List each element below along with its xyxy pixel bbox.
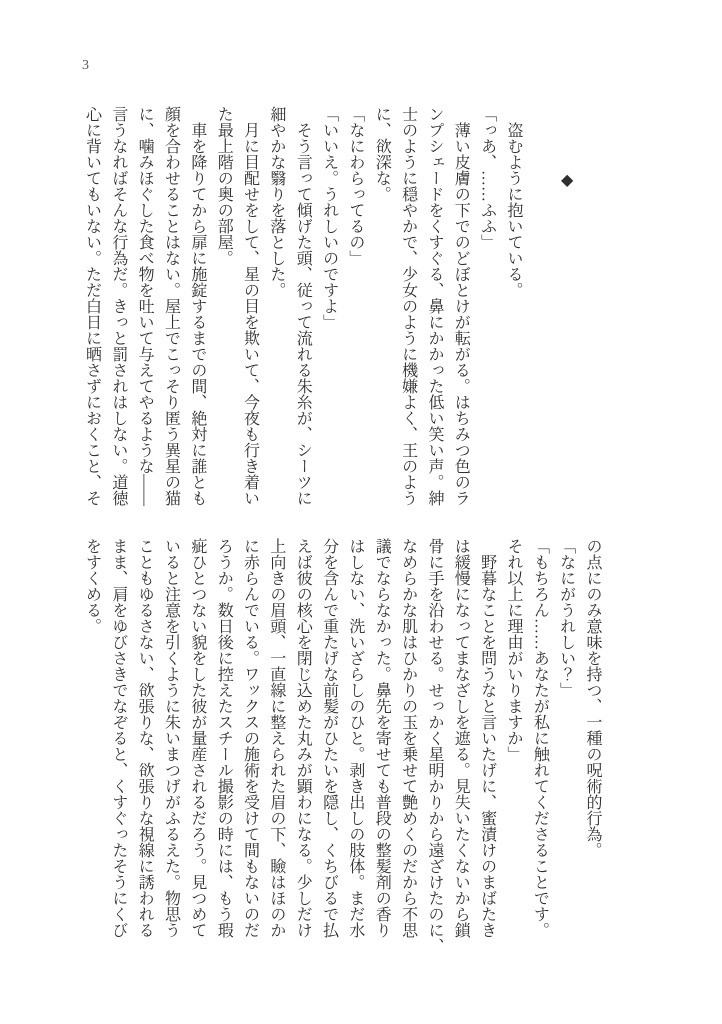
text-line: 分を含んで重たげな前髪がひたいを隠し、くちびるで払 <box>315 538 341 940</box>
text-line: 議でならなかった。鼻先を寄せても普段の整髪剤の香り <box>368 538 394 940</box>
text-line: 骨に手を沿わせる。せっかく星明かりから遠ざけたのに、 <box>421 538 447 940</box>
text-line: まま、肩をゆびさきでなぞると、くすぐったそうにくび <box>104 538 130 940</box>
text-line: に、噛みほぐした食べ物を吐いて与えてやるような―― <box>131 106 157 508</box>
text-line: 「っあ、……ふふ」 <box>473 106 499 508</box>
text-line: 野暮なことを問うなと言いたげに、蜜漬けのまばたき <box>473 538 499 940</box>
text-line: 薄い皮膚の下でのどぼとけが転がる。はちみつ色のラ <box>447 106 473 508</box>
text-line: なめらかな肌はひかりの玉を乗せて艶めくのだから不思 <box>394 538 420 940</box>
text-line: に赤らんでいる。ワックスの施術を受けて間もないのだ <box>236 538 262 940</box>
text-line: そう言って傾げた頭、従って流れる朱糸が、シーツに <box>289 106 315 508</box>
upper-text-block: ◆ 盗むように抱いている。「っあ、……ふふ」 薄い皮膚の下でのどぼとけが転がる。… <box>78 106 605 508</box>
section-divider-mark: ◆ <box>552 106 578 508</box>
text-line: 月に目配せをして、星の目を欺いて、今夜も行き着い <box>236 106 262 508</box>
text-line: た最上階の奥の部屋。 <box>210 106 236 508</box>
text-line: 「なにわらってるの」 <box>342 106 368 508</box>
text-line: ンプシェードをくすぐる、鼻にかかった低い笑い声。紳 <box>421 106 447 508</box>
text-line <box>526 106 552 508</box>
text-line: 細やかな翳りを落とした。 <box>263 106 289 508</box>
text-line: はしない、洗いざらしのひと。剥き出しの肢体。まだ水 <box>342 538 368 940</box>
text-line: に、欲深な。 <box>368 106 394 508</box>
text-line: をすくめる。 <box>78 538 104 940</box>
text-line: 士のように穏やかで、少女のように機嫌よく、王のよう <box>394 106 420 508</box>
text-line: 「いいえ。うれしいのですよ」 <box>315 106 341 508</box>
text-line: の点にのみ意味を持つ、一種の呪術的行為。 <box>579 538 605 940</box>
text-line: 上向きの眉頭、一直線に整えられた眉の下、瞼はほのか <box>263 538 289 940</box>
text-line: えば彼の核心を閉じ込めた丸みが顕わになる。少しだけ <box>289 538 315 940</box>
text-line: 「なにがうれしい？」 <box>552 538 578 940</box>
page-number: 3 <box>82 57 89 75</box>
text-line <box>579 106 605 508</box>
text-line: 「もちろん……あなたが私に触れてくださることです。 <box>526 538 552 940</box>
text-line: 顔を合わせることはない。屋上でこっそり匿う異星の猫 <box>157 106 183 508</box>
text-line: それ以上に理由がいりますか」 <box>500 538 526 940</box>
text-line: 盗むように抱いている。 <box>500 106 526 508</box>
lower-text-block: の点にのみ意味を持つ、一種の呪術的行為。「なにがうれしい？」「もちろん……あなた… <box>78 538 605 940</box>
text-line: こともゆるさない、欲張りな、欲張りな視線に誘われる <box>131 538 157 940</box>
novel-page: 3 ◆ 盗むように抱いている。「っあ、……ふふ」 薄い皮膚の下でのどぼとけが転が… <box>0 0 722 1024</box>
text-line: 言うなればそんな行為だ。きっと罰されはしない。道徳 <box>104 106 130 508</box>
text-line: 心に背いてもいない。ただ白日に晒さずにおくこと、そ <box>78 106 104 508</box>
text-line: ろうか。数日後に控えたスチール撮影の時には、もう瑕 <box>210 538 236 940</box>
text-line: 車を降りてから扉に施錠するまでの間、絶対に誰とも <box>184 106 210 508</box>
text-line: いると注意を引くように朱いまつげがふるえた。物思う <box>157 538 183 940</box>
text-line: 疵ひとつない貌をした彼が量産されるだろう。見つめて <box>184 538 210 940</box>
text-line: は緩慢になってまなざしを遮る。見失いたくないから鎖 <box>447 538 473 940</box>
